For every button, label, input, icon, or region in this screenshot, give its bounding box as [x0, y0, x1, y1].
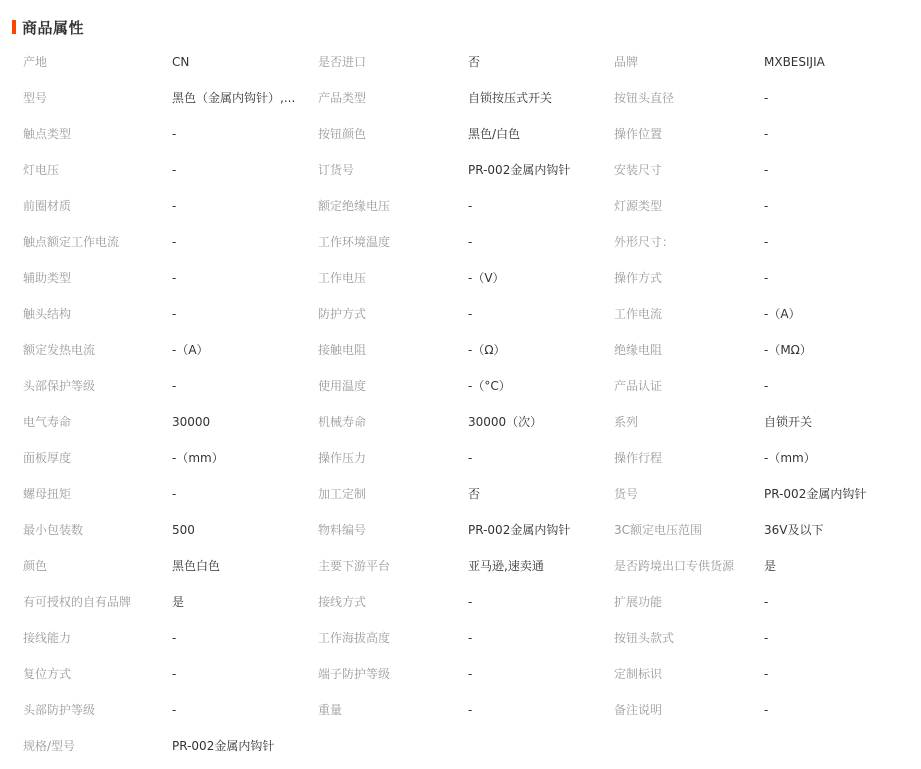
- attribute-value: 黑色（金属内钩针）,...: [172, 80, 302, 116]
- attribute-value: -: [764, 692, 914, 728]
- attribute-value: -: [764, 584, 914, 620]
- attribute-value: 30000（次）: [468, 404, 603, 440]
- attribute-value: -: [172, 296, 302, 332]
- attribute-value: PR-002金属内钩针: [468, 152, 603, 188]
- attribute-label: 按钮头直径: [614, 80, 754, 116]
- attribute-value: -: [764, 116, 914, 152]
- attribute-value: -: [172, 476, 302, 512]
- attribute-value: -: [468, 440, 603, 476]
- attribute-label: 是否进口: [318, 44, 458, 80]
- attribute-value: -: [172, 368, 302, 404]
- attribute-row: 最小包装数500物料编号PR-002金属内钩针3C额定电压范围36V及以下: [0, 512, 921, 548]
- attribute-label: 灯电压: [23, 152, 163, 188]
- attribute-value: 自锁按压式开关: [468, 80, 603, 116]
- attribute-value: 30000: [172, 404, 302, 440]
- attribute-label: 接线方式: [318, 584, 458, 620]
- attribute-value: 是: [172, 584, 302, 620]
- attribute-label: 3C额定电压范围: [614, 512, 754, 548]
- attribute-row: 额定发热电流-（A）接触电阻-（Ω）绝缘电阻-（MΩ）: [0, 332, 921, 368]
- attribute-label: 工作电流: [614, 296, 754, 332]
- attribute-label: 触点额定工作电流: [23, 224, 163, 260]
- attribute-label: 品牌: [614, 44, 754, 80]
- attribute-value: -: [764, 368, 914, 404]
- attribute-label: 备注说明: [614, 692, 754, 728]
- attribute-label: 头部防护等级: [23, 692, 163, 728]
- attribute-label: 工作电压: [318, 260, 458, 296]
- attribute-value: MXBESIJIA: [764, 44, 914, 80]
- attribute-value: PR-002金属内钩针: [764, 476, 914, 512]
- attribute-label: 货号: [614, 476, 754, 512]
- attribute-value: 自锁开关: [764, 404, 914, 440]
- attribute-value: -: [172, 188, 302, 224]
- attribute-label: 接线能力: [23, 620, 163, 656]
- attribute-label: 按钮头款式: [614, 620, 754, 656]
- accent-bar: [12, 20, 16, 34]
- attribute-value: -（A）: [764, 296, 914, 332]
- attribute-label: 产地: [23, 44, 163, 80]
- attribute-grid: 产地CN是否进口否品牌MXBESIJIA型号黑色（金属内钩针）,...产品类型自…: [0, 44, 921, 764]
- attribute-label: 安装尺寸: [614, 152, 754, 188]
- attribute-label: 使用温度: [318, 368, 458, 404]
- attribute-label: 接触电阻: [318, 332, 458, 368]
- attribute-value: -: [764, 656, 914, 692]
- attribute-row: 灯电压-订货号PR-002金属内钩针安装尺寸-: [0, 152, 921, 188]
- section-title: 商品属性: [22, 17, 84, 38]
- attribute-row: 有可授权的自有品牌是接线方式-扩展功能-: [0, 584, 921, 620]
- attribute-label: 额定绝缘电压: [318, 188, 458, 224]
- attribute-value: -（mm）: [172, 440, 302, 476]
- attribute-label: 绝缘电阻: [614, 332, 754, 368]
- attribute-value: CN: [172, 44, 302, 80]
- attribute-value: -（V）: [468, 260, 603, 296]
- attribute-row: 规格/型号PR-002金属内钩针: [0, 728, 921, 764]
- attribute-label: 复位方式: [23, 656, 163, 692]
- attribute-value: -: [468, 620, 603, 656]
- attribute-row: 触点额定工作电流-工作环境温度-外形尺寸：-: [0, 224, 921, 260]
- attribute-row: 复位方式-端子防护等级-定制标识-: [0, 656, 921, 692]
- attribute-label: 额定发热电流: [23, 332, 163, 368]
- attribute-row: 辅助类型-工作电压-（V）操作方式-: [0, 260, 921, 296]
- attribute-value: -: [468, 224, 603, 260]
- attribute-label: 有可授权的自有品牌: [23, 584, 163, 620]
- attribute-label: 物料编号: [318, 512, 458, 548]
- attribute-label: 工作环境温度: [318, 224, 458, 260]
- attribute-label: 灯源类型: [614, 188, 754, 224]
- attribute-label: 颜色: [23, 548, 163, 584]
- attribute-value: -: [468, 296, 603, 332]
- attribute-label: 端子防护等级: [318, 656, 458, 692]
- attribute-label: 订货号: [318, 152, 458, 188]
- attribute-label: 电气寿命: [23, 404, 163, 440]
- attribute-label: 产品认证: [614, 368, 754, 404]
- attribute-label: 前圈材质: [23, 188, 163, 224]
- attribute-row: 产地CN是否进口否品牌MXBESIJIA: [0, 44, 921, 80]
- attribute-label: 加工定制: [318, 476, 458, 512]
- attribute-row: 颜色黑色白色主要下游平台亚马逊,速卖通是否跨境出口专供货源是: [0, 548, 921, 584]
- attribute-label: 操作方式: [614, 260, 754, 296]
- attribute-value: -: [172, 152, 302, 188]
- attribute-label: 工作海拔高度: [318, 620, 458, 656]
- attribute-value: -: [468, 692, 603, 728]
- attribute-row: 型号黑色（金属内钩针）,...产品类型自锁按压式开关按钮头直径-: [0, 80, 921, 116]
- attribute-label: 系列: [614, 404, 754, 440]
- attribute-value: 否: [468, 476, 603, 512]
- attribute-row: 面板厚度-（mm）操作压力-操作行程-（mm）: [0, 440, 921, 476]
- attribute-label: 头部保护等级: [23, 368, 163, 404]
- attribute-value: 是: [764, 548, 914, 584]
- attribute-label: 机械寿命: [318, 404, 458, 440]
- attribute-row: 前圈材质-额定绝缘电压-灯源类型-: [0, 188, 921, 224]
- attribute-row: 触点类型-按钮颜色黑色/白色操作位置-: [0, 116, 921, 152]
- attribute-label: 螺母扭矩: [23, 476, 163, 512]
- attribute-value: -（Ω）: [468, 332, 603, 368]
- attribute-label: 最小包装数: [23, 512, 163, 548]
- attribute-value: -（mm）: [764, 440, 914, 476]
- attribute-label: 按钮颜色: [318, 116, 458, 152]
- attribute-value: -: [764, 80, 914, 116]
- attribute-value: 黑色白色: [172, 548, 302, 584]
- section-header: 商品属性: [12, 16, 84, 38]
- attribute-label: 主要下游平台: [318, 548, 458, 584]
- attribute-row: 电气寿命30000机械寿命30000（次）系列自锁开关: [0, 404, 921, 440]
- attribute-value: -: [172, 656, 302, 692]
- attribute-value: 否: [468, 44, 603, 80]
- attribute-row: 头部保护等级-使用温度-（°C）产品认证-: [0, 368, 921, 404]
- attribute-value: -（°C）: [468, 368, 603, 404]
- attribute-value: -: [468, 188, 603, 224]
- attribute-value: 36V及以下: [764, 512, 914, 548]
- attribute-value: 500: [172, 512, 302, 548]
- attribute-value: -（MΩ）: [764, 332, 914, 368]
- attribute-value: -: [764, 188, 914, 224]
- attribute-value: PR-002金属内钩针: [468, 512, 603, 548]
- attribute-label: 扩展功能: [614, 584, 754, 620]
- attribute-value: 亚马逊,速卖通: [468, 548, 603, 584]
- attribute-label: 型号: [23, 80, 163, 116]
- attribute-label: 辅助类型: [23, 260, 163, 296]
- attribute-value: -: [172, 116, 302, 152]
- attribute-label: 面板厚度: [23, 440, 163, 476]
- attribute-value: -: [764, 152, 914, 188]
- attribute-value: -: [764, 260, 914, 296]
- attribute-value: -: [764, 620, 914, 656]
- attribute-value: -: [764, 224, 914, 260]
- attribute-value: -: [172, 692, 302, 728]
- attribute-row: 螺母扭矩-加工定制否货号PR-002金属内钩针: [0, 476, 921, 512]
- attribute-value: -: [172, 260, 302, 296]
- attribute-label: 操作压力: [318, 440, 458, 476]
- attribute-label: 是否跨境出口专供货源: [614, 548, 754, 584]
- attribute-value: -: [172, 224, 302, 260]
- attribute-label: 触点类型: [23, 116, 163, 152]
- attribute-value: -: [468, 584, 603, 620]
- attribute-label: 触头结构: [23, 296, 163, 332]
- attribute-row: 接线能力-工作海拔高度-按钮头款式-: [0, 620, 921, 656]
- attribute-value: PR-002金属内钩针: [172, 728, 302, 764]
- attribute-label: 操作行程: [614, 440, 754, 476]
- attribute-label: 定制标识: [614, 656, 754, 692]
- attribute-label: 重量: [318, 692, 458, 728]
- attribute-label: 产品类型: [318, 80, 458, 116]
- attribute-row: 头部防护等级-重量-备注说明-: [0, 692, 921, 728]
- attribute-row: 触头结构-防护方式-工作电流-（A）: [0, 296, 921, 332]
- attribute-label: 防护方式: [318, 296, 458, 332]
- attribute-label: 规格/型号: [23, 728, 163, 764]
- attribute-value: -（A）: [172, 332, 302, 368]
- attribute-value: 黑色/白色: [468, 116, 603, 152]
- attribute-value: -: [172, 620, 302, 656]
- attribute-label: 操作位置: [614, 116, 754, 152]
- attribute-label: 外形尺寸：: [614, 224, 754, 260]
- attribute-value: -: [468, 656, 603, 692]
